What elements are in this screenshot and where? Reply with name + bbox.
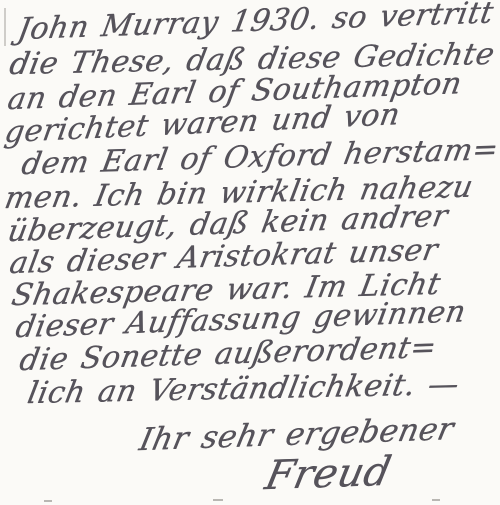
scan-artifact-bottom-1: [44, 500, 52, 502]
scan-artifact-bottom-3: [432, 499, 440, 501]
letter-page: John Murray 1930. so vertrittdie These, …: [0, 0, 500, 505]
signature-freud: Freud: [261, 448, 395, 499]
scan-artifact-left-edge: [4, 8, 6, 46]
scan-artifact-bottom-2: [213, 499, 223, 501]
